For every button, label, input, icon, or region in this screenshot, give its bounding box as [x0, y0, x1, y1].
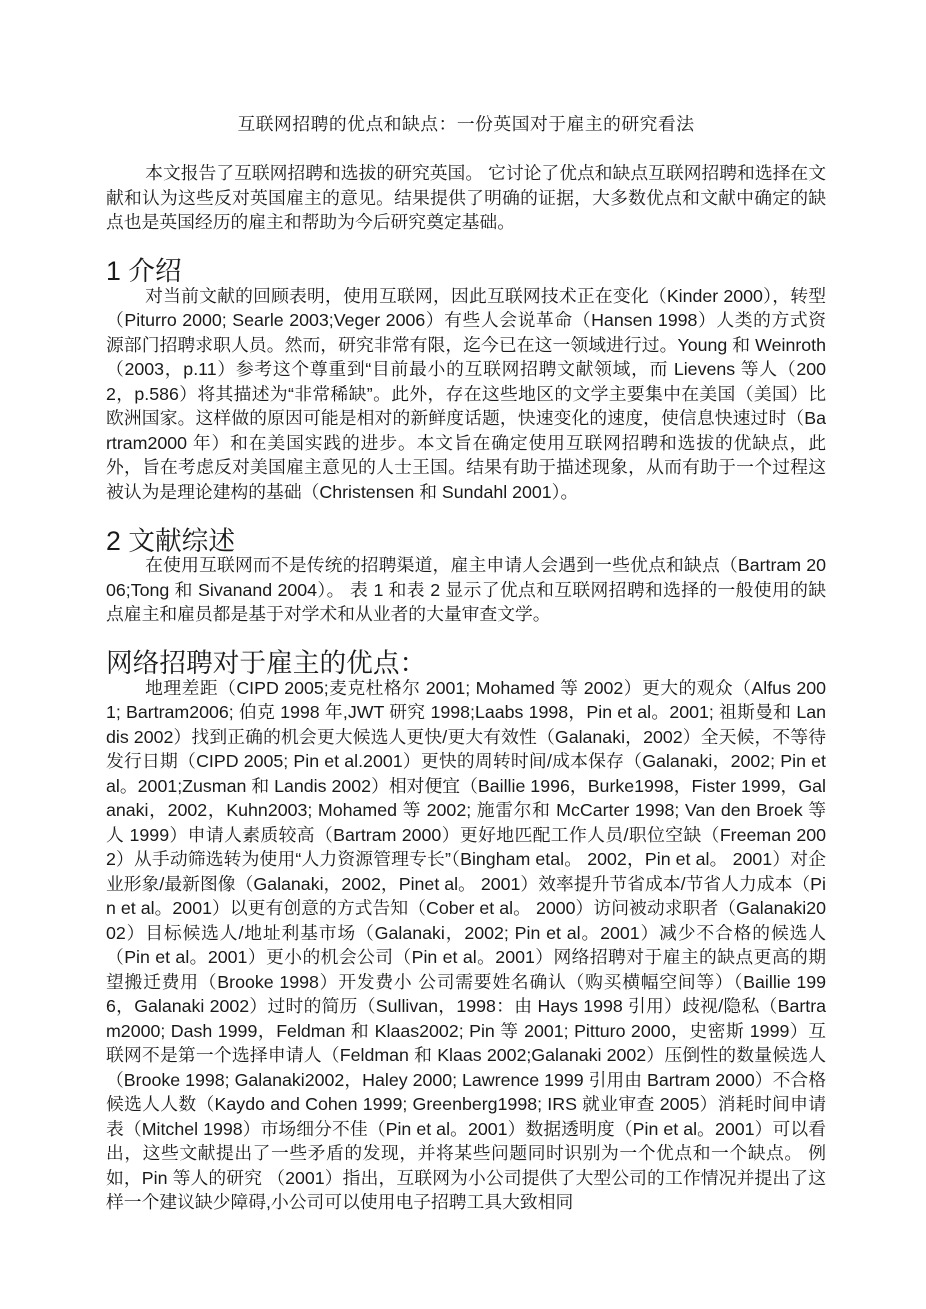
section-1-heading: 1 介绍	[106, 259, 826, 284]
document-page: 互联网招聘的优点和缺点：一份英国对于雇主的研究看法 本文报告了互联网招聘和选拔的…	[0, 0, 926, 1309]
section-2-heading: 2 文献综述	[106, 529, 826, 554]
section-2-body: 在使用互联网而不是传统的招聘渠道，雇主申请人会遇到一些优点和缺点（Bartram…	[106, 553, 826, 627]
document-title: 互联网招聘的优点和缺点：一份英国对于雇主的研究看法	[106, 112, 826, 137]
advantages-body: 地理差距（CIPD 2005;麦克杜格尔 2001; Mohamed 等 200…	[106, 676, 826, 1215]
advantages-heading: 网络招聘对于雇主的优点：	[106, 651, 826, 676]
abstract-paragraph: 本文报告了互联网招聘和选拔的研究英国。 它讨论了优点和缺点互联网招聘和选择在文献…	[106, 161, 826, 235]
section-1-body: 对当前文献的回顾表明，使用互联网，因此互联网技术正在变化（Kinder 2000…	[106, 284, 826, 505]
